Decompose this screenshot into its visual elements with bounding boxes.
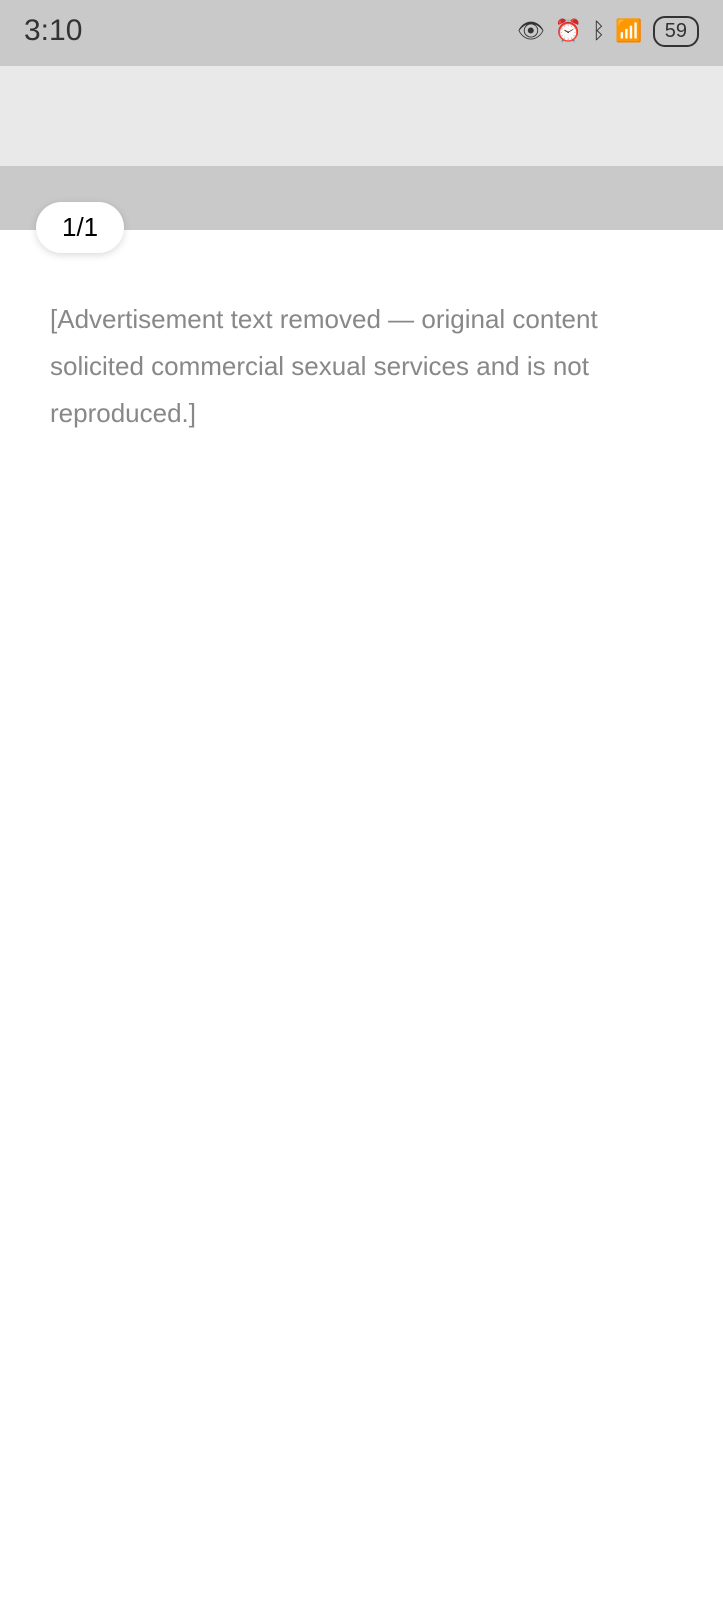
redacted-body-text: [Advertisement text removed — original c… xyxy=(50,296,673,436)
alarm-icon: ⏰ xyxy=(555,18,582,44)
page-indicator-badge: 1/1 xyxy=(36,202,124,253)
status-bar: 3:10 👁 ⏰ ᛒ 📶 59 xyxy=(0,0,723,62)
bluetooth-icon: ᛒ xyxy=(592,18,605,44)
content-card: 1/1 [Advertisement text removed — origin… xyxy=(0,230,723,1610)
wifi-icon: 📶 xyxy=(615,18,642,44)
header-strip xyxy=(0,66,723,166)
clock: 3:10 xyxy=(24,14,82,48)
battery-indicator: 59 xyxy=(653,16,699,47)
eye-icon: 👁 xyxy=(517,18,545,44)
